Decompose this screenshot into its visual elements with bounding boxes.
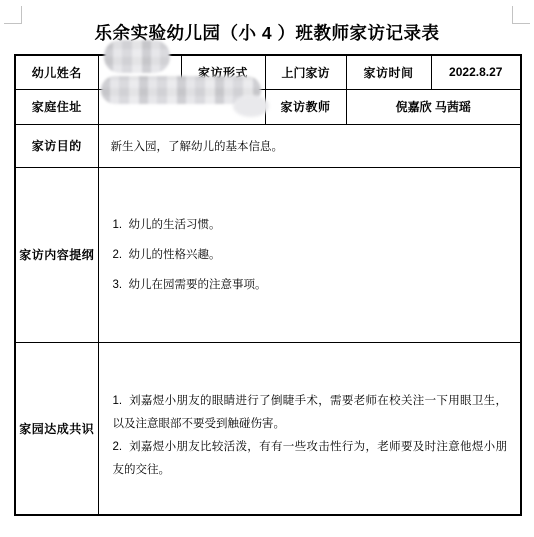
consensus-label: 家园达成共识 bbox=[15, 342, 98, 515]
visit-outline-label: 家访内容提纲 bbox=[15, 167, 98, 342]
home-visit-record-table: 幼儿姓名 家访形式 上门家访 家访时间 2022.8.27 家庭住址 家访教师 … bbox=[14, 54, 522, 516]
visit-time-value: 2022.8.27 bbox=[431, 55, 521, 89]
consensus-content-cell: 1. 刘嘉煜小朋友的眼睛进行了倒睫手术，需要老师在校关注一下用眼卫生，以及注意眼… bbox=[98, 342, 521, 515]
table-row: 家庭住址 家访教师 倪嘉欣 马茜瑶 bbox=[15, 89, 521, 124]
visit-form-value: 上门家访 bbox=[265, 55, 346, 89]
home-address-value-cell bbox=[98, 89, 265, 124]
visit-teacher-value: 倪嘉欣 马茜瑶 bbox=[346, 89, 521, 124]
home-address-label: 家庭住址 bbox=[15, 89, 98, 124]
visit-time-label: 家访时间 bbox=[346, 55, 431, 89]
table-row: 家园达成共识 1. 刘嘉煜小朋友的眼睛进行了倒睫手术，需要老师在校关注一下用眼卫… bbox=[15, 342, 521, 515]
redacted-home-address-blur-tail bbox=[233, 95, 269, 117]
child-name-label: 幼儿姓名 bbox=[15, 55, 98, 89]
table-row: 家访内容提纲 1. 幼儿的生活习惯。 2. 幼儿的性格兴趣。 3. 幼儿在园需要… bbox=[15, 167, 521, 342]
visit-purpose-label: 家访目的 bbox=[15, 124, 98, 167]
table-row: 幼儿姓名 家访形式 上门家访 家访时间 2022.8.27 bbox=[15, 55, 521, 89]
outline-item: 1. 幼儿的生活习惯。 bbox=[113, 210, 521, 240]
consensus-paragraph: 1. 刘嘉煜小朋友的眼睛进行了倒睫手术，需要老师在校关注一下用眼卫生，以及注意眼… bbox=[113, 390, 508, 436]
visit-purpose-text: 新生入园，了解幼儿的基本信息。 bbox=[99, 134, 521, 158]
visit-teacher-label: 家访教师 bbox=[265, 89, 346, 124]
document-page: 乐余实验幼儿园（小 4 ）班教师家访记录表 幼儿姓名 家访形式 上门家访 家访时… bbox=[0, 0, 534, 537]
visit-outline-content-cell: 1. 幼儿的生活习惯。 2. 幼儿的性格兴趣。 3. 幼儿在园需要的注意事项。 bbox=[98, 167, 521, 342]
visit-purpose-content-cell: 新生入园，了解幼儿的基本信息。 bbox=[98, 124, 521, 167]
outline-item: 2. 幼儿的性格兴趣。 bbox=[113, 240, 521, 270]
redacted-child-name-blur bbox=[104, 40, 170, 73]
outline-item: 3. 幼儿在园需要的注意事项。 bbox=[113, 270, 521, 300]
page-title: 乐余实验幼儿园（小 4 ）班教师家访记录表 bbox=[0, 20, 534, 45]
consensus-paragraph: 2. 刘嘉煜小朋友比较活泼，有有一些攻击性行为，老师要及时注意他煜小朋友的交往。 bbox=[113, 436, 508, 482]
table-row: 家访目的 新生入园，了解幼儿的基本信息。 bbox=[15, 124, 521, 167]
